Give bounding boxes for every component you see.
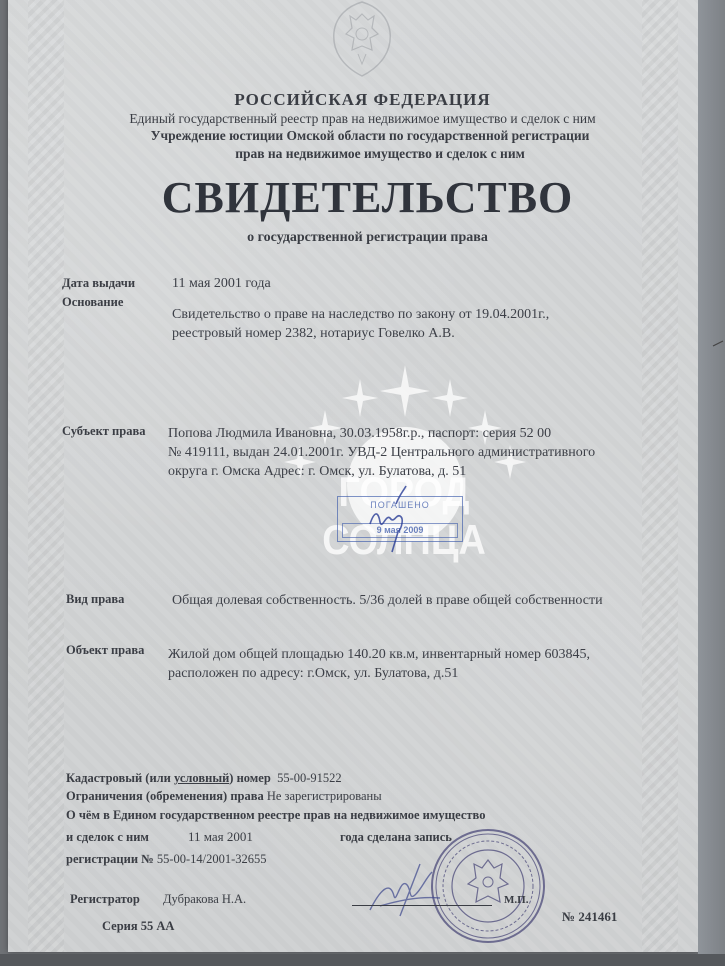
right-kind-label: Вид права [66,592,124,607]
cadastral-label-a: Кадастровый (или [66,771,174,785]
background-surface-bottom [0,954,725,966]
registrar-name: Дубракова Н.А. [163,892,246,907]
coat-of-arms-icon [330,0,394,78]
subject-line: Попова Людмила Ивановна, 30.03.1958г.р.,… [168,424,595,443]
form-number: № 241461 [562,909,617,925]
object-label: Объект права [66,643,144,658]
document-title: СВИДЕТЕЛЬСТВО [0,172,725,223]
basis-line: реестровый номер 2382, нотариус Говелко … [172,324,549,343]
subject-label: Субъект права [62,424,145,439]
document-subtitle: о государственной регистрации права [0,230,725,246]
issue-date-label: Дата выдачи [62,276,135,291]
record-line-text: О чём в Едином государственном реестре п… [66,808,485,822]
deals-label-text: и сделок с ним [66,830,149,844]
form-series: Серия 55 АА [102,919,174,934]
handwritten-signature-icon [360,484,430,554]
object-value: Жилой дом общей площадью 140.20 кв.м, ин… [168,645,590,683]
right-kind-value: Общая долевая собственность. 5/36 долей … [172,591,603,610]
basis-label: Основание [62,295,123,310]
institution-heading-line2: прав на недвижимое имущество и сделок с … [0,146,725,162]
registrar-label: Регистратор [70,892,140,907]
registry-heading: Единый государственный реестр прав на не… [0,111,725,127]
institution-heading-line1: Учреждение юстиции Омской области по гос… [0,128,725,144]
registration-value: 55-00-14/2001-32655 [157,852,267,866]
cadastral-label-b: ) номер [229,771,271,785]
registration-label: регистрации № [66,852,154,866]
restrictions-value: Не зарегистрированы [267,789,382,803]
seal-place-mark: М.П. [504,894,528,906]
object-line: Жилой дом общей площадью 140.20 кв.м, ин… [168,645,590,664]
cadastral-number: Кадастровый (или условный) номер 55-00-9… [66,769,342,787]
deals-label: и сделок с ним [66,828,149,846]
object-line: расположен по адресу: г.Омск, ул. Булато… [168,664,590,683]
issue-date-value: 11 мая 2001 года [172,274,271,293]
subject-line: № 419111, выдан 24.01.2001г. УВД-2 Центр… [168,443,595,462]
basis-line: Свидетельство о праве на наследство по з… [172,305,549,324]
pen-mark-icon [712,340,724,348]
restrictions: Ограничения (обременения) права Не зарег… [66,787,382,805]
registrar-signature-icon [360,860,500,920]
cadastral-label-underlined: условный [174,771,229,785]
basis-value: Свидетельство о праве на наследство по з… [172,305,549,343]
record-date: 11 мая 2001 [188,828,253,846]
signature-line [352,905,492,906]
cadastral-value: 55-00-91522 [277,771,342,785]
country-heading: РОССИЙСКАЯ ФЕДЕРАЦИЯ [0,90,725,110]
background-surface [698,0,725,966]
record-line: О чём в Едином государственном реестре п… [66,806,485,824]
restrictions-label: Ограничения (обременения) права [66,789,264,803]
registration-number: регистрации № 55-00-14/2001-32655 [66,850,267,868]
